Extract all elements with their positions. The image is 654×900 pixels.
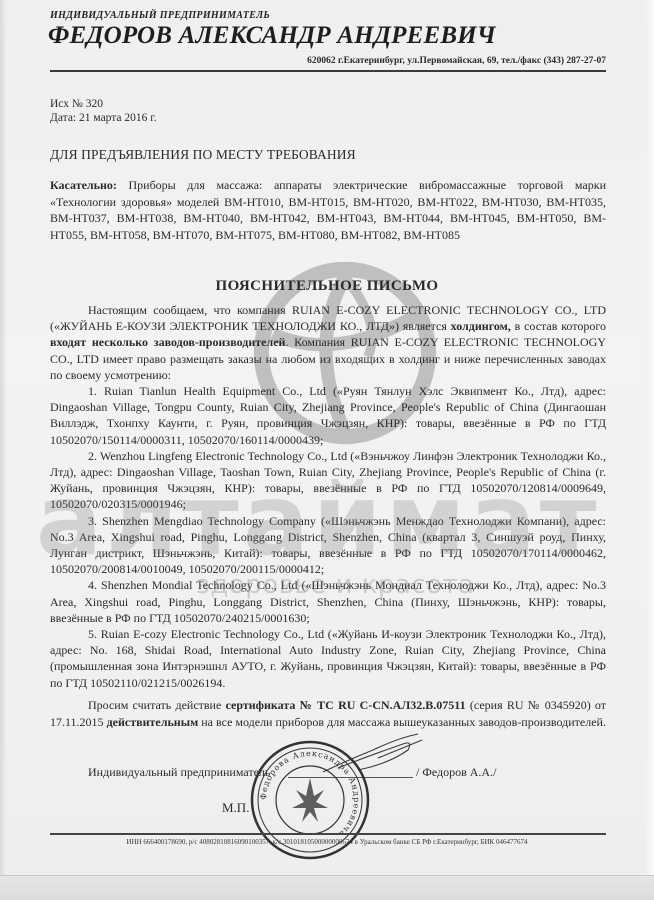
subject-paragraph: Касательно: Приборы для массажа: аппарат…	[50, 177, 606, 243]
request-text-3: на все модели приборов для массажа вышеу…	[198, 715, 606, 729]
document-date: Дата: 21 марта 2016 г.	[50, 111, 157, 125]
handwritten-signature-icon	[318, 730, 428, 780]
factory-item: 2. Wenzhou Lingfeng Electronic Technolog…	[50, 448, 606, 513]
scan-edge-left	[0, 0, 6, 900]
intro-bold-1: холдингом,	[451, 319, 511, 333]
footer-divider	[50, 833, 606, 835]
stamp-text: Федорова Александра Андреевича	[259, 749, 361, 839]
document-meta: Исх № 320 Дата: 21 марта 2016 г.	[50, 97, 157, 125]
letterhead-divider	[50, 70, 606, 72]
intro-paragraph: Настоящим сообщаем, что компания RUIAN E…	[50, 302, 606, 383]
letter-body: Настоящим сообщаем, что компания RUIAN E…	[50, 302, 606, 691]
request-paragraph: Просим считать действие сертификата № ТС…	[50, 697, 606, 730]
outgoing-number: Исх № 320	[50, 97, 157, 111]
intro-bold-2: входят несколько заводов-производителей	[50, 335, 285, 349]
letterhead-address: 620062 г.Екатеринбург, ул.Первомайская, …	[307, 56, 606, 66]
certificate-number: сертификата № ТС RU C-CN.АЛ32.В.07511	[226, 698, 466, 712]
letterhead-name: ФЕДОРОВ АЛЕКСАНДР АНДРЕЕВИЧ	[48, 22, 496, 50]
scan-edge-bottom	[0, 875, 654, 900]
signature-line	[288, 777, 413, 778]
letter-title: ПОЯСНИТЕЛЬНОЕ ПИСЬМО	[0, 278, 654, 295]
subject-text: Приборы для массажа: аппараты электричес…	[50, 178, 606, 242]
signer-name: / Федоров А.А./	[416, 765, 496, 780]
signer-role: Индивидуальный предприниматель	[88, 765, 270, 780]
factory-item: 5. Ruian E-cozy Electronic Technology Co…	[50, 626, 606, 691]
request-bold-valid: действительным	[107, 715, 199, 729]
document-page: ИНДИВИДУАЛЬНЫЙ ПРЕДПРИНИМАТЕЛЬ ФЕДОРОВ А…	[0, 0, 654, 900]
request-text-1: Просим считать действие	[88, 698, 226, 712]
bank-details: ИНН 666400178690, р/с 408028108160901003…	[0, 838, 654, 846]
subject-label: Касательно:	[50, 178, 117, 192]
scan-edge-right	[646, 0, 654, 900]
seal-label: М.П.	[222, 800, 249, 816]
intro-text-2: в состав которого	[511, 319, 606, 333]
factory-item: 4. Shenzhen Mondial Technology Co., Ltd …	[50, 577, 606, 626]
factory-item: 3. Shenzhen Mengdiao Technology Company …	[50, 513, 606, 578]
letterhead-subtitle: ИНДИВИДУАЛЬНЫЙ ПРЕДПРИНИМАТЕЛЬ	[50, 10, 270, 21]
demand-line: ДЛЯ ПРЕДЪЯВЛЕНИЯ ПО МЕСТУ ТРЕБОВАНИЯ	[50, 147, 356, 163]
factory-item: 1. Ruian Tianlun Health Equipment Co., L…	[50, 383, 606, 448]
svg-text:Федорова Александра Андреевича: Федорова Александра Андреевича	[259, 749, 361, 839]
